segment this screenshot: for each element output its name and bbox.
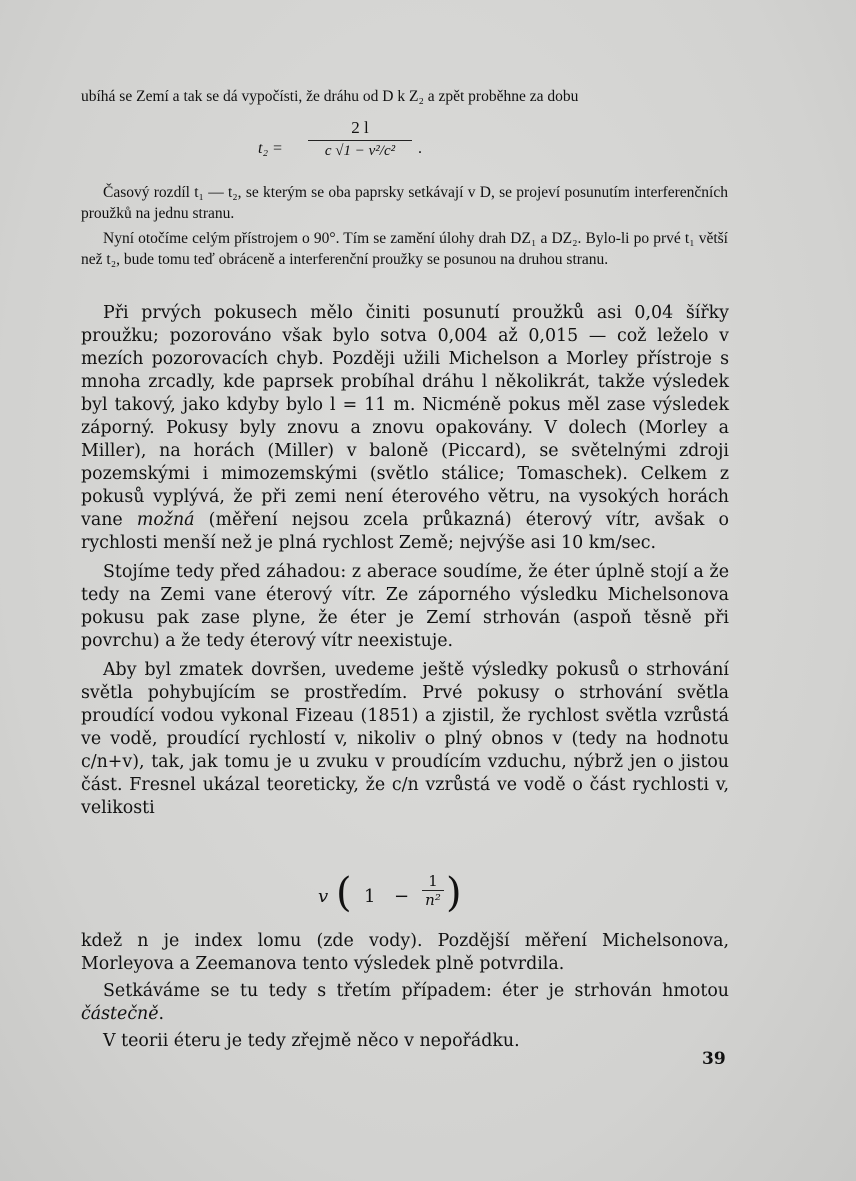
text-run: Setkáváme se tu tedy s třetím případem: …: [103, 981, 729, 1001]
intro-text: ubíhá se Zemí a tak se dá vypočísti, že …: [81, 86, 728, 107]
equation-v: v: [318, 886, 328, 907]
paragraph-nyni-otocime: Nyní otočíme celým přístrojem o 90°. Tím…: [81, 228, 728, 270]
equation-denominator: c √1 − v²/c²: [304, 143, 416, 160]
fraction-denominator: n²: [422, 891, 444, 909]
equation-one: 1: [364, 886, 375, 907]
emphasis-castecne: částečně: [81, 1004, 159, 1024]
paragraph-aby-byl: Aby byl zmatek dovršen, uvedeme ještě vý…: [81, 659, 729, 820]
small-text-block: Časový rozdíl t₁ — t₂, se kterým se oba …: [81, 182, 728, 270]
main-text-block: Při prvých pokusech mělo činiti posunutí…: [81, 302, 729, 820]
paragraph-kdez: kdež n je index lomu (zde vody). Pozdějš…: [81, 930, 729, 976]
equation-fraction: 1 n²: [422, 872, 444, 909]
fraction-numerator: 1: [422, 872, 444, 890]
open-paren: (: [336, 868, 352, 918]
paragraph-pri-prvych: Při prvých pokusech mělo činiti posunutí…: [81, 302, 729, 555]
fraction-bar: [308, 140, 412, 141]
closing-text-block: kdež n je index lomu (zde vody). Pozdějš…: [81, 930, 729, 1053]
equation-minus: −: [394, 886, 409, 907]
equation-lhs: t₂ =: [258, 140, 283, 158]
text-run: Při prvých pokusech mělo činiti posunutí…: [81, 303, 729, 530]
close-paren: ): [446, 868, 462, 918]
paragraph-casovy-rozdil: Časový rozdíl t₁ — t₂, se kterým se oba …: [81, 182, 728, 224]
equation-period: .: [418, 140, 422, 158]
paragraph-setkavame: Setkáváme se tu tedy s třetím případem: …: [81, 980, 729, 1026]
book-page: ubíhá se Zemí a tak se dá vypočísti, že …: [0, 0, 856, 1181]
paragraph-v-teorii: V teorii éteru je tedy zřejmě něco v nep…: [81, 1030, 729, 1053]
page-number: 39: [702, 1049, 726, 1069]
equation-fraction: 2 l c √1 − v²/c²: [304, 118, 416, 160]
paragraph-stojime: Stojíme tedy před záhadou: z aberace sou…: [81, 561, 729, 653]
text-run: .: [159, 1004, 165, 1024]
intro-paragraph: ubíhá se Zemí a tak se dá vypočísti, že …: [81, 86, 728, 107]
emphasis-mozna: možná: [137, 510, 195, 530]
equation-numerator: 2 l: [304, 118, 416, 140]
